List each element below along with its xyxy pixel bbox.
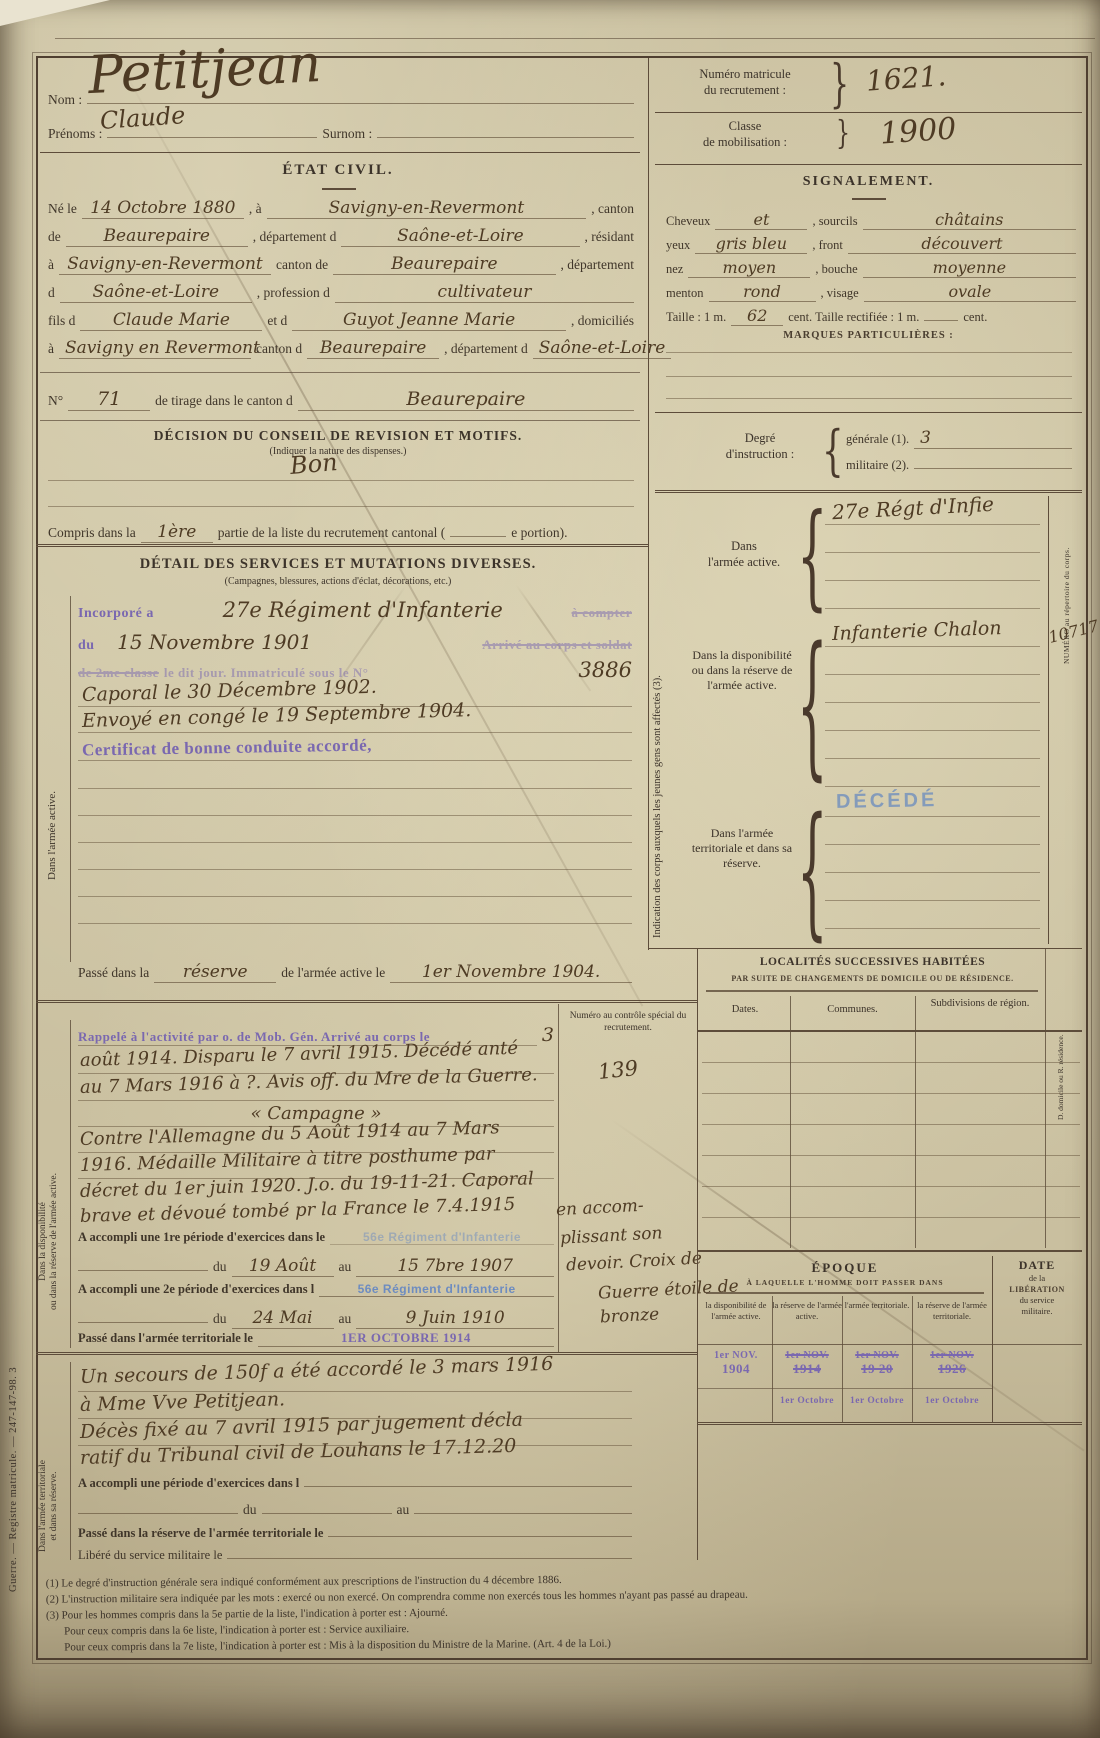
blank-line <box>414 1513 632 1514</box>
table-bottom-rule <box>698 1250 1082 1252</box>
army-active-label: Dans l'armée active. <box>690 538 798 570</box>
reserve-transfer-label: Passé dans la <box>78 965 149 981</box>
october-stamp: 1er Octobre <box>912 1396 992 1406</box>
parents-canton-label: canton d <box>256 341 302 357</box>
table-row-line <box>702 1186 1080 1187</box>
register-sheet: Petitjean Nom : Claude Prénoms : Surnom … <box>0 0 1100 1738</box>
departement-value: Saône-et-Loire <box>341 226 579 247</box>
stamp-date: 1er NOV. <box>700 1350 772 1361</box>
ruled-line <box>825 702 1040 703</box>
list-part-value: 1ère <box>141 522 213 543</box>
services-subtitle: (Campagnes, blessures, actions d'éclat, … <box>40 576 636 587</box>
blank-line <box>924 320 958 321</box>
resident-label: , résidant <box>585 229 635 245</box>
military-instruction-label: militaire (2). <box>846 458 909 473</box>
period2-label: A accompli une 2e période d'exercices da… <box>78 1282 314 1297</box>
cent-label: cent. <box>963 310 987 325</box>
signalement-title: SIGNALEMENT. <box>655 174 1082 190</box>
blank-line <box>227 1558 632 1559</box>
squiggle-rule <box>706 1292 984 1294</box>
territorial-period-label: A accompli une période d'exercices dans … <box>78 1476 299 1491</box>
ruled-line <box>48 506 634 507</box>
incorporation-date: 15 Novembre 1901 <box>100 630 330 654</box>
service-bracket <box>70 1362 71 1560</box>
canton-value: Beaurepaire <box>66 226 248 247</box>
father-label: fils d <box>48 313 75 329</box>
rule <box>655 112 1082 113</box>
localites-subtitle: PAR SUITE DE CHANGEMENTS DE DOMICILE OU … <box>700 974 1045 983</box>
reserve-transfer-label2: de l'armée active le <box>281 965 385 981</box>
stamp-struck: Arrivé au corps et soldat <box>335 637 632 653</box>
eyebrows-value: châtains <box>863 210 1076 230</box>
territorial-reserve-label: Passé dans la réserve de l'armée territo… <box>78 1526 323 1541</box>
stamp-year: 1914 <box>772 1361 842 1377</box>
ruled-line <box>825 580 1040 581</box>
ruled-line <box>825 758 1040 759</box>
stamp-date: 1er NOV. <box>842 1350 912 1361</box>
spine-imprint: Guerre. — Registre matricule. — 247-147-… <box>8 1367 19 1592</box>
domicile-label: , domiciliés <box>571 313 634 329</box>
disponibilite-label: Dans la disponibilité ou dans la réserve… <box>686 648 798 693</box>
epoque-value-2: 1er NOV. 1914 <box>772 1350 842 1377</box>
section-divider <box>36 1000 697 1003</box>
table-row-line <box>702 1093 1080 1094</box>
ruled-line <box>825 552 1040 553</box>
domicile-label-line: D. domicile ou R. résidence. <box>1056 1034 1065 1120</box>
header-bottom-rule <box>698 1030 1082 1032</box>
classe-label: Classe de mobilisation : <box>666 118 824 150</box>
title-dash <box>322 188 356 190</box>
brace-glyph: { <box>797 800 828 944</box>
date-stamp-prefix: du <box>78 638 95 654</box>
etat-civil-title: ÉTAT CIVIL. <box>40 162 636 179</box>
ruled-line <box>78 815 632 816</box>
matricule-label: Numéro matricule du recrutement : <box>666 66 824 98</box>
numero-repertoire-label: NUMÉRO au répertoire du corps. <box>1062 547 1071 664</box>
footnotes: (1) Le degré d'instruction générale sera… <box>46 1568 1079 1655</box>
brace-glyph: { <box>797 500 828 614</box>
section-rule <box>40 152 640 153</box>
rule <box>698 1388 992 1389</box>
margin-territoriale-label: Dans l'armée territoriale et dans sa rés… <box>38 1460 60 1552</box>
period2-regiment-stamp: 56e Régiment d'Infanterie <box>319 1282 554 1297</box>
reserve-word: réserve <box>154 962 276 983</box>
draw-number-label: N° <box>48 393 63 409</box>
column-divider <box>1045 948 1046 1248</box>
ruled-line <box>825 844 1040 845</box>
ruled-line <box>666 398 1072 399</box>
face-label: , visage <box>821 286 859 301</box>
epoque-col4-header: la réserve de l'armée territoriale. <box>912 1300 992 1322</box>
draw-text: de tirage dans le canton d <box>155 393 293 409</box>
corps-rotated-label: Indication des corps auxquels les jeunes… <box>652 675 663 938</box>
col-header-communes: Communes. <box>790 1004 915 1015</box>
territorial-to-label: au <box>397 1502 410 1518</box>
rule <box>655 412 1082 413</box>
date-line: du service <box>992 1295 1082 1306</box>
classe-value: 1900 <box>879 111 958 151</box>
stamp-date: 1er NOV. <box>772 1350 842 1361</box>
period1-from-value: 19 Août <box>232 1256 334 1277</box>
brace-glyph: } <box>836 118 850 151</box>
ruled-line <box>78 760 632 761</box>
army-active-label-line: l'armée active. <box>690 554 798 570</box>
october-stamp: 1er Octobre <box>772 1396 842 1406</box>
instruction-label-line: Degré <box>700 430 820 446</box>
controle-header: Numéro au contrôle spécial du recrutemen… <box>562 1010 694 1034</box>
hair-label: Cheveux <box>666 214 710 229</box>
hair-value: et <box>715 210 807 230</box>
date-line: de la <box>992 1273 1082 1284</box>
section-rule <box>40 420 640 421</box>
birth-place-value: Savigny-en-Revermont <box>267 198 587 219</box>
stamp-year: 1904 <box>700 1361 772 1377</box>
ruled-line <box>825 900 1040 901</box>
ruled-line <box>666 376 1072 377</box>
parents-canton-value: Beaurepaire <box>307 338 439 359</box>
center-divider <box>648 58 649 950</box>
eyebrows-label: , sourcils <box>812 214 857 229</box>
epoque-col3-header: l'armée territoriale. <box>842 1300 912 1311</box>
localites-title: LOCALITÉS SUCCESSIVES HABITÉES <box>700 956 1045 968</box>
portion-label: e portion). <box>511 525 567 541</box>
paper-corner <box>0 0 110 26</box>
section-rule <box>40 372 640 373</box>
residence-canton-label: canton de <box>276 257 328 273</box>
marks-label: MARQUES PARTICULIÈRES : <box>655 330 1082 341</box>
column-divider <box>790 996 791 1248</box>
height-label: Taille : 1 m. <box>666 310 726 325</box>
blank-line <box>262 1513 392 1514</box>
general-instruction-value: 3 <box>914 428 1072 449</box>
section-divider <box>36 544 648 547</box>
recalled-day: 3 <box>542 1024 554 1046</box>
overflow-handwriting: bronze <box>600 1304 660 1327</box>
birth-place-label: , à <box>249 201 262 217</box>
ruled-line <box>825 872 1040 873</box>
october-stamp: 1er Octobre <box>842 1396 912 1406</box>
incorporated-stamp: Incorporé a <box>78 606 154 622</box>
epoque-value-1: 1er NOV. 1904 <box>700 1350 772 1377</box>
classe-label-line: Classe <box>666 118 824 134</box>
mouth-value: moyenne <box>863 258 1076 278</box>
stamp-date: 1er NOV. <box>912 1350 992 1361</box>
decision-subtitle: (Indiquer la nature des dispenses.) <box>40 446 636 457</box>
date-column-divider <box>992 1256 993 1422</box>
instruction-label: Degré d'instruction : <box>700 430 820 462</box>
classe-label-line: de mobilisation : <box>666 134 824 150</box>
margin-disponibilite-label: Dans la disponibilité ou dans la réserve… <box>38 1173 60 1310</box>
blank-line <box>914 468 1072 469</box>
forehead-label: , front <box>812 238 843 253</box>
ruled-line <box>825 786 1040 787</box>
period1-from-label: du <box>213 1259 227 1275</box>
residence-departement-label: , département <box>561 257 634 273</box>
col-header-subdivisions: Subdivisions de région. <box>915 998 1045 1010</box>
table-row-line <box>702 1124 1080 1125</box>
liberation-date-header: DATE de la LIBÉRATION du service militai… <box>992 1258 1082 1317</box>
forehead-value: découvert <box>848 234 1076 254</box>
blank-line <box>78 1270 208 1271</box>
date-title: DATE <box>992 1258 1082 1273</box>
period1-regiment-stamp: 56e Régiment d'Infanterie <box>330 1230 554 1245</box>
blank-line <box>78 1322 208 1323</box>
rule <box>698 1344 1082 1345</box>
blank-line <box>328 1536 632 1537</box>
period1-to-label: au <box>339 1259 352 1275</box>
service-bracket <box>70 596 71 962</box>
margin-label-line: Dans l'armée territoriale <box>38 1460 49 1552</box>
rule <box>648 948 1082 949</box>
period2-to-label: au <box>339 1311 352 1327</box>
eyes-label: yeux <box>666 238 690 253</box>
matricule-label-line: du recrutement : <box>666 82 824 98</box>
height-value: 62 <box>731 306 783 326</box>
period1-to-value: 15 7bre 1907 <box>356 1256 554 1277</box>
services-title: DÉTAIL DES SERVICES ET MUTATIONS DIVERSE… <box>40 556 636 573</box>
margin-label-line: et dans sa réserve. <box>49 1460 60 1552</box>
birth-date-value: 14 Octobre 1880 <box>82 198 244 219</box>
eyes-value: gris bleu <box>695 234 807 254</box>
rule <box>655 164 1082 165</box>
father-value: Claude Marie <box>80 310 262 331</box>
table-row-line <box>702 1155 1080 1156</box>
profession-label: , profession d <box>257 285 330 301</box>
epoque-col2-header: la réserve de l'armée active. <box>772 1300 842 1322</box>
brace-glyph: { <box>797 628 828 784</box>
service-bracket <box>70 1020 71 1348</box>
mother-value: Guyot Jeanne Marie <box>292 310 566 331</box>
brace-glyph: { <box>822 424 844 478</box>
parents-residence-value: Savigny en Revermont <box>59 338 251 359</box>
matricule-label-line: Numéro matricule <box>666 66 824 82</box>
table-row-line <box>702 1062 1080 1063</box>
deceased-stamp: DÉCÉDÉ <box>836 789 938 814</box>
territorial-transfer-stamp: 1ER OCTOBRE 1914 <box>258 1330 554 1347</box>
period2-to-value: 9 Juin 1910 <box>356 1308 554 1329</box>
reserve-transfer-date: 1er Novembre 1904. <box>390 962 632 983</box>
list-part-label: Compris dans la <box>48 525 136 541</box>
firstname-label: Prénoms : <box>48 126 102 142</box>
epoque-col1-header: la disponibilité de l'armée active. <box>700 1300 772 1322</box>
territoriale-corps-label: Dans l'armée territoriale et dans sa rés… <box>686 826 798 871</box>
table-left-border <box>697 948 698 1560</box>
territorial-transfer-label: Passé dans l'armée territoriale le <box>78 1331 253 1346</box>
ruled-line <box>78 896 632 897</box>
numero-strip-divider <box>1048 496 1049 944</box>
portion-line <box>450 536 506 537</box>
epoque-value-3: 1er NOV. 19 20 <box>842 1350 912 1377</box>
blank-line <box>304 1486 632 1487</box>
brace-glyph: } <box>830 60 849 111</box>
nickname-line <box>377 137 634 138</box>
stamp-struck: à compter <box>572 605 632 621</box>
regiment-handwritten: 27e Régiment d'Infanterie <box>159 598 567 622</box>
stamp-year: 19 20 <box>842 1361 912 1377</box>
ruled-line <box>825 674 1040 675</box>
ruled-line <box>78 1100 554 1101</box>
residence-canton-value: Beaurepaire <box>333 254 555 275</box>
ruled-line <box>666 352 1072 353</box>
list-part-text: partie de la liste du recrutement canton… <box>218 525 446 541</box>
parents-dept-label: , département d <box>444 341 528 357</box>
profession-value: cultivateur <box>335 282 634 303</box>
ruled-line <box>78 842 632 843</box>
ruled-line <box>78 923 632 924</box>
parents-residence-prefix: à <box>48 341 54 357</box>
controle-divider <box>558 1004 559 1352</box>
residence-dept-value: Saône-et-Loire <box>60 282 252 303</box>
squiggle-rule <box>706 990 1038 992</box>
face-value: ovale <box>864 282 1076 302</box>
matriculation-number: 3886 <box>579 658 632 682</box>
section-divider <box>655 490 1082 493</box>
epoque-title: ÉPOQUE <box>700 1260 990 1276</box>
army-active-label-line: Dans <box>690 538 798 554</box>
margin-label-line: ou dans la réserve de l'armée active. <box>49 1173 60 1310</box>
chin-value: rond <box>709 282 816 302</box>
period2-from-value: 24 Mai <box>232 1308 334 1329</box>
stamp-struck: de 2me classe <box>78 665 159 681</box>
chin-label: menton <box>666 286 704 301</box>
general-instruction-label: générale (1). <box>846 432 909 447</box>
dept-prefix: d <box>48 285 55 301</box>
table-bottom-rule <box>697 1422 1082 1425</box>
date-line: militaire. <box>992 1306 1082 1317</box>
section-divider <box>36 1352 697 1355</box>
domicile-residence-label: D. domicile ou R. résidence. <box>1056 1034 1065 1120</box>
matricule-value: 1621. <box>865 59 947 98</box>
column-divider <box>915 996 916 1248</box>
nickname-label: Surnom : <box>322 126 372 142</box>
mother-label: et d <box>267 313 287 329</box>
nose-value: moyen <box>688 258 810 278</box>
draw-number-value: 71 <box>68 388 150 411</box>
draw-canton-value: Beaurepaire <box>298 388 634 411</box>
margin-label-line: Dans la disponibilité <box>38 1173 49 1310</box>
residence-value: Savigny-en-Revermont <box>59 254 271 275</box>
epoque-value-4: 1er NOV. 1926 <box>912 1350 992 1377</box>
liberation-label: Libéré du service militaire le <box>78 1548 222 1563</box>
instruction-label-line: d'instruction : <box>700 446 820 462</box>
decision-title: DÉCISION DU CONSEIL DE REVISION ET MOTIF… <box>40 428 636 444</box>
ruled-line <box>78 869 632 870</box>
ruled-line <box>48 480 634 481</box>
birth-label: Né le <box>48 201 77 217</box>
col-header-dates: Dates. <box>700 1004 790 1015</box>
title-dash <box>852 198 886 200</box>
firstname-line <box>107 137 317 138</box>
date-line: LIBÉRATION <box>992 1284 1082 1295</box>
ruled-line <box>78 788 632 789</box>
nose-label: nez <box>666 262 683 277</box>
residence-label: à <box>48 257 54 273</box>
ruled-line <box>825 928 1040 929</box>
period2-from-label: du <box>213 1311 227 1327</box>
table-row-line <box>702 1217 1080 1218</box>
epoque-subtitle: À LAQUELLE L'HOMME DOIT PASSER DANS <box>700 1278 990 1287</box>
height-rect-label: cent. Taille rectifiée : 1 m. <box>788 310 919 325</box>
mouth-label: , bouche <box>815 262 857 277</box>
margin-army-active-label: Dans l'armée active. <box>46 791 58 880</box>
ruled-line <box>825 608 1040 609</box>
departement-label: , département d <box>253 229 337 245</box>
controle-number: 139 <box>597 1056 639 1084</box>
parents-dept-value: Saône-et-Loire <box>533 338 672 359</box>
ruled-line <box>825 730 1040 731</box>
blank-line <box>78 1513 238 1514</box>
stamp-year: 1926 <box>912 1361 992 1377</box>
ruled-line <box>78 732 632 733</box>
surname-label: Nom : <box>48 92 82 108</box>
canton-label: , canton <box>591 201 634 217</box>
ruled-line <box>825 646 1040 647</box>
territorial-from-label: du <box>243 1502 257 1518</box>
decision-value: Bon <box>289 448 339 480</box>
period1-label: A accompli une 1re période d'exercices d… <box>78 1230 325 1245</box>
ruled-line <box>825 524 1040 525</box>
ruled-line <box>825 816 1040 817</box>
canton-of-label: de <box>48 229 61 245</box>
